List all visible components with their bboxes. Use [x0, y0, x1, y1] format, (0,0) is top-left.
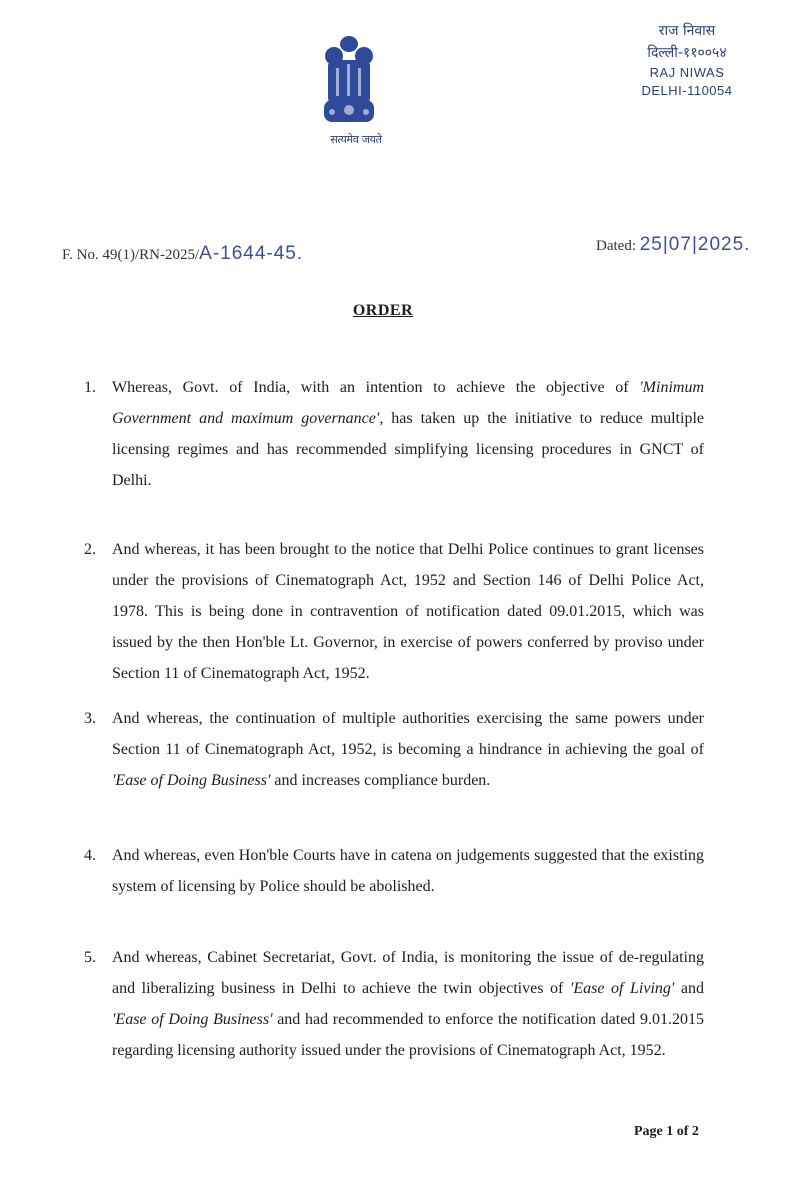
paragraph-3: 3. And whereas, the continuation of mult…	[112, 703, 704, 796]
address-english-line1: RAJ NIWAS	[612, 64, 762, 82]
order-title: ORDER	[0, 302, 766, 320]
dated-label: Dated:	[596, 238, 636, 254]
text-run: Whereas, Govt. of India, with an intenti…	[112, 379, 639, 396]
paragraph-number: 1.	[84, 372, 96, 403]
paragraph-2: 2. And whereas, it has been brought to t…	[112, 534, 704, 689]
file-number: F. No. 49(1)/RN-2025/A-1644-45.	[62, 243, 303, 265]
paragraph-text: And whereas, the continuation of multipl…	[112, 710, 704, 789]
text-run: And whereas, even Hon'ble Courts have in…	[112, 847, 704, 895]
emphasized-phrase: 'Ease of Living'	[570, 980, 674, 997]
date-line: Dated: 25|07|2025.	[596, 234, 750, 256]
paragraph-text: Whereas, Govt. of India, with an intenti…	[112, 379, 704, 489]
text-run: and	[674, 980, 704, 997]
paragraph-text: And whereas, it has been brought to the …	[112, 541, 704, 682]
paragraph-number: 4.	[84, 840, 96, 871]
emphasized-phrase: 'Ease of Doing Business'	[112, 1011, 273, 1028]
paragraph-5: 5. And whereas, Cabinet Secretariat, Gov…	[112, 942, 704, 1066]
paragraph-number: 2.	[84, 534, 96, 565]
paragraph-1: 1. Whereas, Govt. of India, with an inte…	[112, 372, 704, 496]
file-number-prefix: F. No. 49(1)/RN-2025/	[62, 247, 199, 263]
national-emblem-icon	[318, 34, 380, 130]
paragraph-number: 5.	[84, 942, 96, 973]
text-run: And whereas, the continuation of multipl…	[112, 710, 704, 758]
emblem-motto: सत्यमेव जयते	[318, 132, 394, 147]
paragraph-4: 4. And whereas, even Hon'ble Courts have…	[112, 840, 704, 902]
page-number: Page 1 of 2	[634, 1124, 699, 1140]
emphasized-phrase: 'Ease of Doing Business'	[112, 772, 270, 789]
text-run: And whereas, it has been brought to the …	[112, 541, 704, 682]
address-hindi-line2: दिल्ली-११००५४	[612, 42, 762, 64]
text-run: and increases compliance burden.	[270, 772, 490, 789]
office-address: राज निवास दिल्ली-११००५४ RAJ NIWAS DELHI-…	[612, 20, 762, 100]
dated-value: 25|07|2025.	[640, 234, 751, 255]
paragraph-text: And whereas, even Hon'ble Courts have in…	[112, 847, 704, 895]
paragraph-number: 3.	[84, 703, 96, 734]
file-number-handwritten: A-1644-45.	[199, 243, 303, 264]
address-english-line2: DELHI-110054	[612, 82, 762, 100]
address-hindi-line1: राज निवास	[612, 20, 762, 42]
paragraph-text: And whereas, Cabinet Secretariat, Govt. …	[112, 949, 704, 1059]
